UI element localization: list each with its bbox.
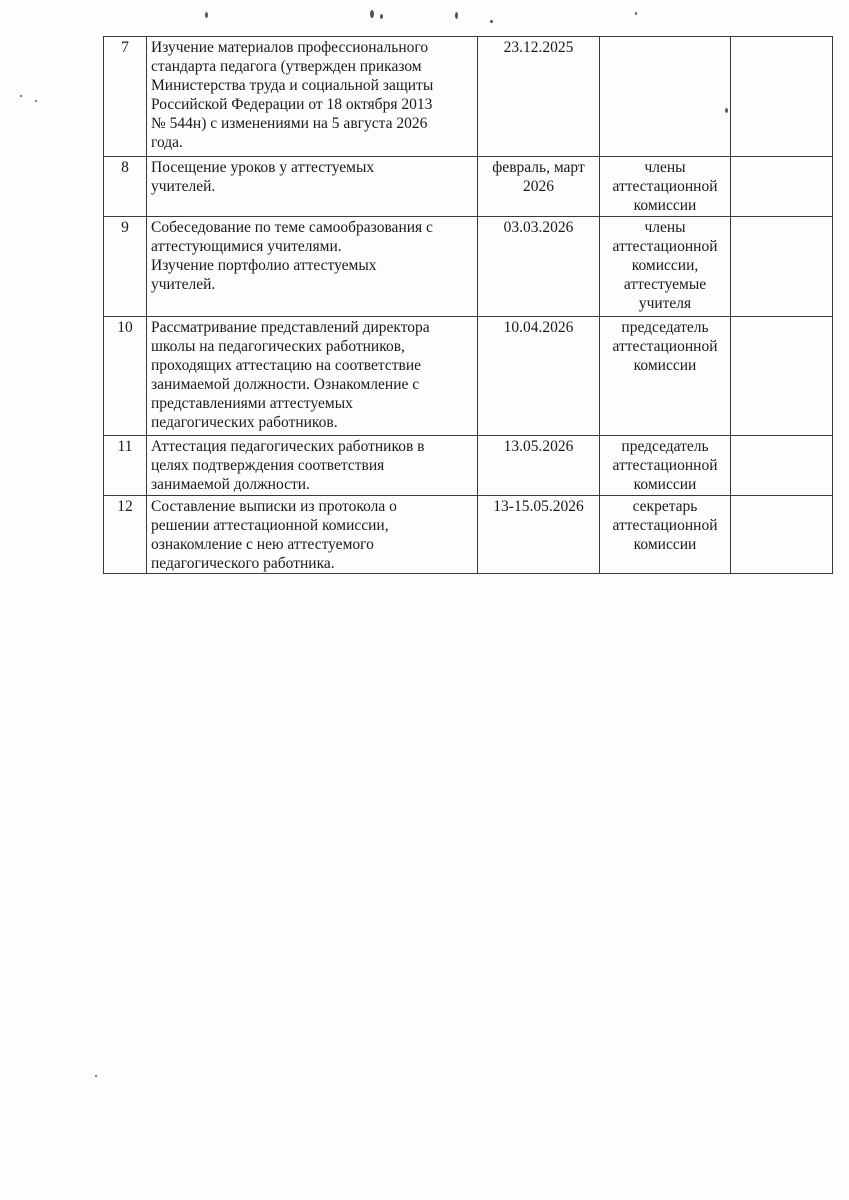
scan-speck	[635, 12, 637, 15]
table-row: 12 Составление выписки из протокола о ре…	[104, 496, 833, 574]
task-line: Аттестация педагогических работников в	[151, 437, 473, 456]
task-cell: Составление выписки из протокола о решен…	[147, 496, 478, 574]
note-cell	[731, 317, 833, 436]
task-line: представлениями аттестуемых	[151, 394, 473, 413]
responsible-cell: председатель аттестационной комиссии	[600, 436, 731, 496]
row-number: 11	[104, 436, 147, 496]
task-line: школы на педагогических работников,	[151, 337, 473, 356]
responsible-cell	[600, 37, 731, 157]
date-cell: 13-15.05.2026	[478, 496, 600, 574]
responsible-line: аттестационной	[604, 456, 726, 475]
responsible-line: секретарь	[604, 497, 726, 516]
responsible-line: комиссии	[604, 535, 726, 554]
task-line: ознакомление с нею аттестуемого	[151, 535, 473, 554]
responsible-cell: члены аттестационной комиссии	[600, 157, 731, 217]
note-cell	[731, 496, 833, 574]
task-line: Рассматривание представлений директора	[151, 318, 473, 337]
responsible-line: аттестационной	[604, 516, 726, 535]
task-line: занимаемой должности.	[151, 475, 473, 494]
date-line: 2026	[482, 177, 595, 196]
note-cell	[731, 37, 833, 157]
task-line: целях подтверждения соответствия	[151, 456, 473, 475]
table-row: 9 Собеседование по теме самообразования …	[104, 217, 833, 317]
task-line: аттестующимися учителями.	[151, 237, 473, 256]
scan-speck	[95, 1075, 97, 1077]
table-row: 8 Посещение уроков у аттестуемых учителе…	[104, 157, 833, 217]
task-cell: Посещение уроков у аттестуемых учителей.	[147, 157, 478, 217]
attestation-plan-table: 7 Изучение материалов профессионального …	[103, 36, 833, 574]
note-cell	[731, 217, 833, 317]
scan-speck	[380, 14, 383, 19]
date-cell: 13.05.2026	[478, 436, 600, 496]
task-line: Министерства труда и социальной защиты	[151, 76, 473, 95]
task-line: проходящих аттестацию на соответствие	[151, 356, 473, 375]
task-line: педагогических работников.	[151, 413, 473, 432]
scan-speck	[370, 10, 374, 18]
date-cell: 03.03.2026	[478, 217, 600, 317]
table-row: 7 Изучение материалов профессионального …	[104, 37, 833, 157]
table-row: 10 Рассматривание представлений директор…	[104, 317, 833, 436]
responsible-line: члены	[604, 218, 726, 237]
scan-speck	[455, 12, 458, 19]
task-cell: Рассматривание представлений директора ш…	[147, 317, 478, 436]
responsible-line: председатель	[604, 318, 726, 337]
task-cell: Изучение материалов профессионального ст…	[147, 37, 478, 157]
row-number: 10	[104, 317, 147, 436]
responsible-line: аттестуемые	[604, 275, 726, 294]
responsible-line: члены	[604, 158, 726, 177]
date-cell: 23.12.2025	[478, 37, 600, 157]
task-cell: Собеседование по теме самообразования с …	[147, 217, 478, 317]
task-line: № 544н) с изменениями на 5 августа 2026	[151, 114, 473, 133]
responsible-line: комиссии,	[604, 256, 726, 275]
date-line: 13-15.05.2026	[482, 497, 595, 516]
date-line: 10.04.2026	[482, 318, 595, 337]
responsible-line: аттестационной	[604, 177, 726, 196]
responsible-cell: члены аттестационной комиссии, аттестуем…	[600, 217, 731, 317]
note-cell	[731, 157, 833, 217]
note-cell	[731, 436, 833, 496]
task-line: педагогического работника.	[151, 554, 473, 573]
task-line: Собеседование по теме самообразования с	[151, 218, 473, 237]
date-cell: февраль, март 2026	[478, 157, 600, 217]
responsible-line: аттестационной	[604, 337, 726, 356]
responsible-line: председатель	[604, 437, 726, 456]
row-number: 12	[104, 496, 147, 574]
date-line: 03.03.2026	[482, 218, 595, 237]
responsible-line: комиссии	[604, 475, 726, 494]
responsible-line: комиссии	[604, 196, 726, 215]
scan-speck	[725, 108, 728, 113]
task-line: стандарта педагога (утвержден приказом	[151, 57, 473, 76]
task-line: занимаемой должности. Ознакомление с	[151, 375, 473, 394]
task-cell: Аттестация педагогических работников в ц…	[147, 436, 478, 496]
row-number: 7	[104, 37, 147, 157]
responsible-cell: председатель аттестационной комиссии	[600, 317, 731, 436]
row-number: 8	[104, 157, 147, 217]
task-line: Составление выписки из протокола о	[151, 497, 473, 516]
task-line: решении аттестационной комиссии,	[151, 516, 473, 535]
responsible-cell: секретарь аттестационной комиссии	[600, 496, 731, 574]
task-line: Изучение портфолио аттестуемых	[151, 256, 473, 275]
task-line: Посещение уроков у аттестуемых	[151, 158, 473, 177]
task-line: Изучение материалов профессионального	[151, 38, 473, 57]
scan-speck	[205, 12, 208, 18]
responsible-line: комиссии	[604, 356, 726, 375]
task-line: учителей.	[151, 275, 473, 294]
date-line: 23.12.2025	[482, 38, 595, 57]
task-line: года.	[151, 133, 473, 152]
scan-speck	[20, 95, 22, 97]
date-line: 13.05.2026	[482, 437, 595, 456]
responsible-line: аттестационной	[604, 237, 726, 256]
task-line: Российской Федерации от 18 октября 2013	[151, 95, 473, 114]
scan-speck	[490, 20, 493, 23]
scan-speck	[35, 100, 37, 102]
responsible-line: учителя	[604, 294, 726, 313]
table-body: 7 Изучение материалов профессионального …	[104, 37, 833, 574]
task-line: учителей.	[151, 177, 473, 196]
table-row: 11 Аттестация педагогических работников …	[104, 436, 833, 496]
scanned-document-page: 7 Изучение материалов профессионального …	[0, 0, 849, 1200]
row-number: 9	[104, 217, 147, 317]
date-cell: 10.04.2026	[478, 317, 600, 436]
date-line: февраль, март	[482, 158, 595, 177]
